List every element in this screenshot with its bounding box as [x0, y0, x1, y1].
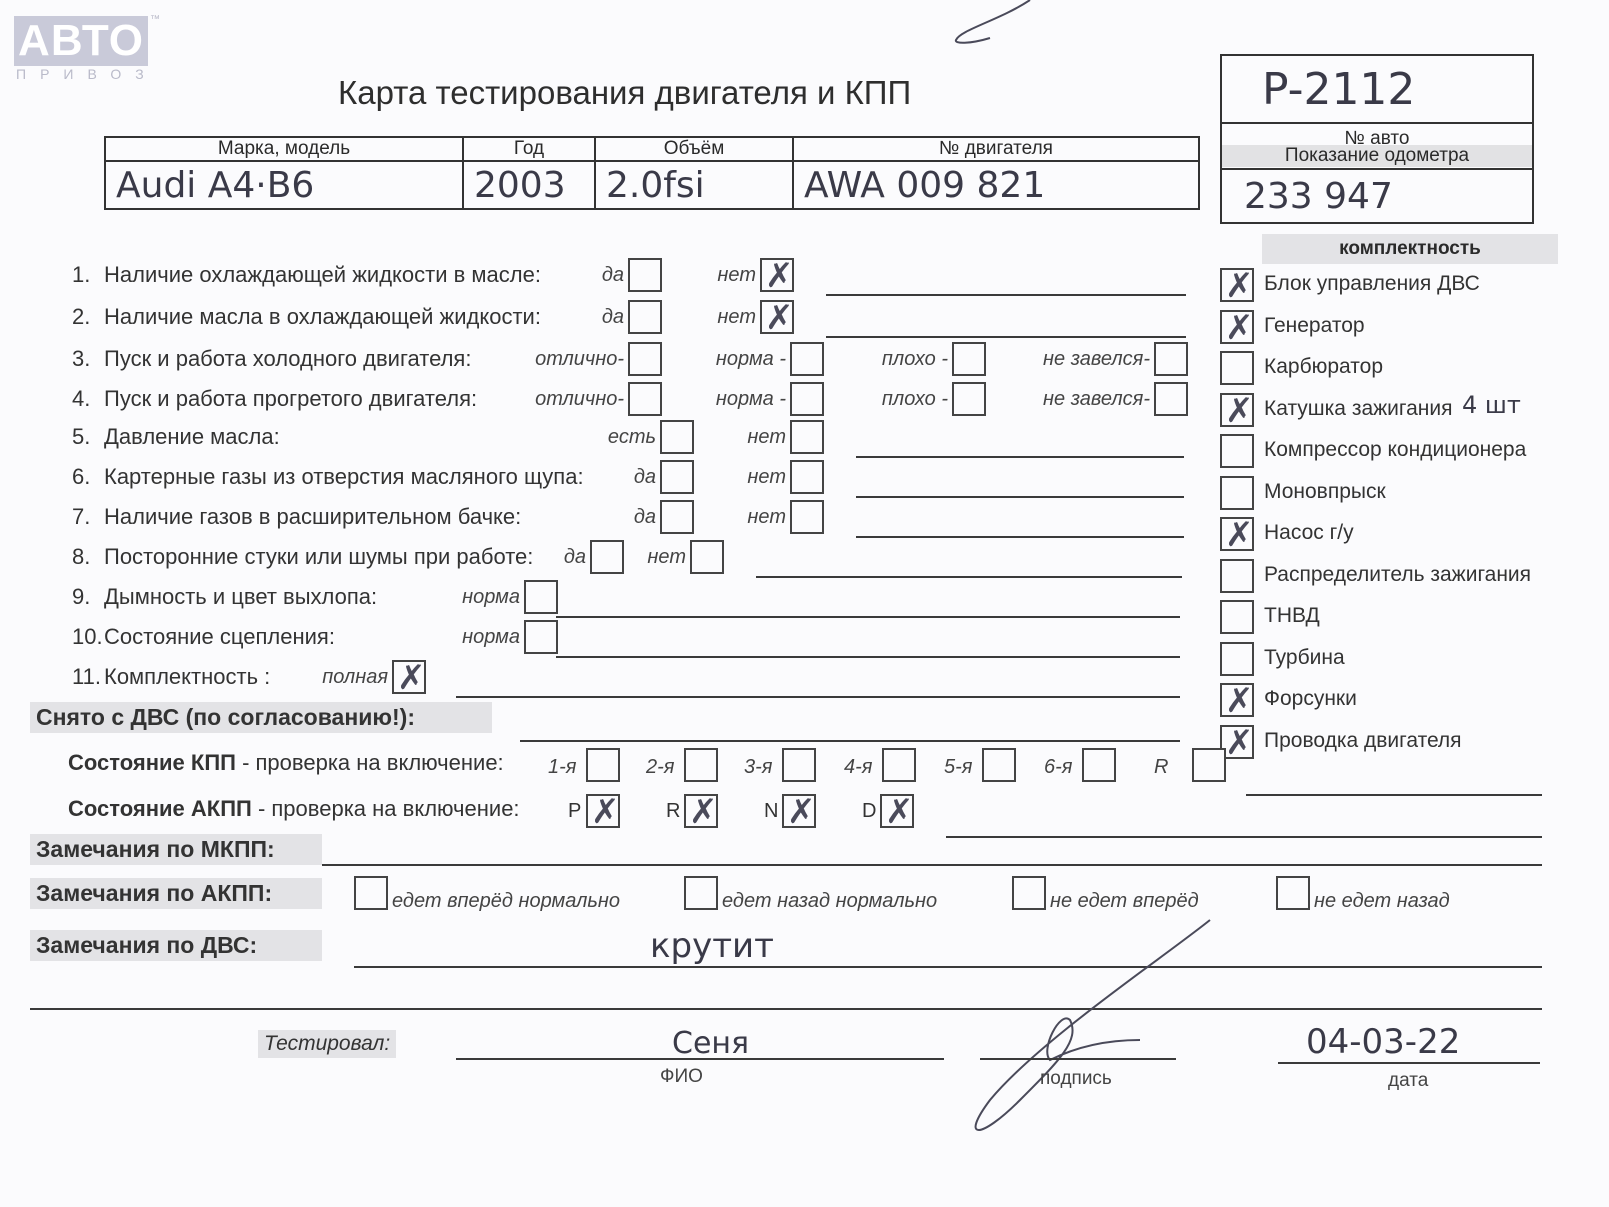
checkbox-незавелся[interactable] [1154, 382, 1188, 416]
notes-line[interactable] [826, 336, 1186, 338]
gear-label: 6-я [1044, 756, 1072, 779]
mode-label: D [862, 800, 876, 823]
komplekt-checkbox[interactable] [1220, 351, 1254, 385]
notes-line[interactable] [556, 616, 1180, 618]
option-label: да [540, 546, 586, 569]
dvs-remarks-label: Замечания по ДВС: [30, 930, 322, 961]
komplekt-checkbox[interactable] [1220, 559, 1254, 593]
col-make-model: Марка, модель [105, 137, 463, 161]
checkbox-нет[interactable] [790, 460, 824, 494]
checkbox-нет[interactable] [690, 540, 724, 574]
akpp-line[interactable] [946, 836, 1542, 838]
option-label: плохо - [860, 348, 948, 371]
pen-stroke-icon [950, 0, 1040, 44]
check-number: 3. [72, 346, 90, 372]
komplekt-item-label: Моновпрыск [1264, 480, 1386, 504]
logo-subtitle: ПРИВОЗ [16, 66, 158, 82]
check-number: 9. [72, 584, 90, 610]
check-number: 11. [72, 664, 101, 690]
notes-line[interactable] [856, 536, 1184, 538]
check-number: 6. [72, 464, 90, 490]
option-label: нет [720, 506, 786, 529]
check-number: 1. [72, 262, 90, 288]
komplekt-item-label: Турбина [1264, 646, 1345, 670]
signature-caption: подпись [1040, 1068, 1112, 1090]
akpp-remark-label: не едет назад [1314, 890, 1450, 913]
gear-label: 4-я [844, 756, 872, 779]
mode-label: R [666, 800, 680, 823]
dvs-remarks-value[interactable]: крутит [650, 926, 774, 966]
option-label: норма [430, 586, 520, 609]
gear-label: 3-я [744, 756, 772, 779]
check-question: Комплектность : [104, 664, 270, 690]
check-number: 7. [72, 504, 90, 530]
kpp-label: Состояние КПП - проверка на включение: [68, 750, 504, 776]
date-line [1278, 1062, 1540, 1064]
komplekt-checkbox[interactable] [1220, 476, 1254, 510]
check-question: Дымность и цвет выхлопа: [104, 584, 377, 610]
option-label: да [590, 306, 624, 329]
check-number: 2. [72, 304, 90, 330]
option-label: плохо - [860, 388, 948, 411]
gear-checkbox[interactable] [882, 748, 916, 782]
komplekt-item-label: Блок управления ДВС [1264, 272, 1480, 296]
signature-line[interactable] [980, 1058, 1176, 1060]
gear-label: R [1154, 756, 1168, 779]
mkpp-remarks-line[interactable] [322, 864, 1542, 866]
check-number: 4. [72, 386, 90, 412]
year-value[interactable]: 2003 [463, 161, 595, 209]
komplekt-checkbox[interactable] [1220, 434, 1254, 468]
check-question: Давление масла: [104, 424, 280, 450]
gear-checkbox[interactable] [1082, 748, 1116, 782]
akpp-remark-checkbox[interactable] [684, 876, 718, 910]
option-label: да [580, 466, 656, 489]
checkbox-полная[interactable] [392, 660, 426, 694]
komplekt-checkbox[interactable] [1220, 600, 1254, 634]
mode-checkbox[interactable] [684, 794, 718, 828]
checkbox-да[interactable] [628, 300, 662, 334]
check-number: 8. [72, 544, 90, 570]
gear-checkbox[interactable] [982, 748, 1016, 782]
gear-checkbox[interactable] [782, 748, 816, 782]
name-caption: ФИО [660, 1066, 703, 1088]
notes-line[interactable] [456, 696, 1180, 698]
akpp-remark-label: едет вперёд нормально [392, 890, 620, 913]
gear-checkbox[interactable] [1192, 748, 1226, 782]
mode-label: N [764, 800, 778, 823]
option-label: норма - [680, 348, 786, 371]
tested-by-label: Тестировал: [258, 1030, 396, 1058]
check-question: Посторонние стуки или шумы при работе: [104, 544, 533, 570]
odometer-label: Показание одометра [1220, 145, 1534, 167]
check-question: Картерные газы из отверстия масляного щу… [104, 464, 584, 490]
mkpp-remarks-label: Замечания по МКПП: [30, 834, 322, 865]
akpp-remark-checkbox[interactable] [1276, 876, 1310, 910]
option-label: норма [430, 626, 520, 649]
gear-checkbox[interactable] [684, 748, 718, 782]
gear-label: 5-я [944, 756, 972, 779]
komplekt-item-label: Насос г/у [1264, 521, 1354, 545]
checkbox-нет[interactable] [760, 300, 794, 334]
checkbox-незавелся[interactable] [1154, 342, 1188, 376]
option-label: не завелся- [1010, 348, 1150, 371]
komplekt-checkbox[interactable] [1220, 268, 1254, 302]
gear-label: 1-я [548, 756, 576, 779]
kpp-line[interactable] [1246, 794, 1542, 796]
tester-name-value[interactable]: Сеня [672, 1026, 749, 1061]
removed-line[interactable] [520, 740, 1180, 742]
komplekt-item-note[interactable]: 4 шт [1462, 391, 1521, 419]
col-volume: Объём [595, 137, 793, 161]
make-model-value[interactable]: Audi A4·B6 [105, 161, 463, 209]
checkbox-норма[interactable] [790, 342, 824, 376]
removed-label: Снято с ДВС (по согласованию!): [30, 702, 492, 733]
check-question: Состояние сцепления: [104, 624, 335, 650]
akpp-remark-label: едет назад нормально [722, 890, 937, 913]
checkbox-есть[interactable] [660, 420, 694, 454]
gear-label: 2-я [646, 756, 674, 779]
komplekt-item-label: Карбюратор [1264, 355, 1383, 379]
mode-checkbox[interactable] [586, 794, 620, 828]
check-question: Наличие масла в охлаждающей жидкости: [104, 304, 541, 330]
option-label: нет [700, 306, 756, 329]
komplekt-item-label: Катушка зажигания [1264, 397, 1452, 421]
extra-remarks-line[interactable] [30, 1008, 1542, 1010]
komplekt-item-label: Форсунки [1264, 687, 1357, 711]
checkbox-норма[interactable] [524, 620, 558, 654]
mode-checkbox[interactable] [880, 794, 914, 828]
engine-number-value[interactable]: AWA 009 821 [793, 161, 1199, 209]
checkbox-отлично[interactable] [628, 382, 662, 416]
vehicle-info-table: Марка, модель Год Объём № двигателя Audi… [104, 136, 1200, 210]
checkbox-да[interactable] [628, 258, 662, 292]
option-label: не завелся- [1010, 388, 1150, 411]
notes-line[interactable] [826, 294, 1186, 296]
notes-line[interactable] [556, 656, 1180, 658]
checkbox-плохо[interactable] [952, 382, 986, 416]
checkbox-норма[interactable] [790, 382, 824, 416]
mode-checkbox[interactable] [782, 794, 816, 828]
notes-line[interactable] [856, 456, 1184, 458]
akpp-label: Состояние АКПП - проверка на включение: [68, 796, 520, 822]
check-question: Пуск и работа холодного двигателя: [104, 346, 471, 372]
checkbox-да[interactable] [660, 500, 694, 534]
option-label: полная [290, 666, 388, 689]
komplekt-checkbox[interactable] [1220, 310, 1254, 344]
option-label: да [580, 506, 656, 529]
komplekt-item-label: Проводка двигателя [1264, 729, 1462, 753]
option-label: норма - [680, 388, 786, 411]
komplekt-checkbox[interactable] [1220, 393, 1254, 427]
check-number: 5. [72, 424, 90, 450]
check-question: Наличие охлаждающей жидкости в масле: [104, 262, 541, 288]
akpp-remark-checkbox[interactable] [354, 876, 388, 910]
notes-line[interactable] [856, 496, 1184, 498]
name-line [456, 1058, 944, 1060]
mode-label: P [568, 800, 581, 823]
komplektnost-heading: комплектность [1262, 234, 1558, 264]
date-value[interactable]: 04-03-22 [1306, 1022, 1460, 1062]
dvs-remarks-line[interactable] [354, 966, 1542, 968]
komplekt-item-label: ТНВД [1264, 604, 1320, 628]
komplekt-checkbox[interactable] [1220, 642, 1254, 676]
gear-checkbox[interactable] [586, 748, 620, 782]
komplekt-item-label: Компрессор кондиционера [1264, 438, 1526, 462]
komplekt-item-label: Генератор [1264, 314, 1365, 338]
checkbox-нет[interactable] [790, 500, 824, 534]
option-label: отлично- [500, 388, 624, 411]
check-question: Наличие газов в расширительном бачке: [104, 504, 521, 530]
checkbox-норма[interactable] [524, 580, 558, 614]
notes-line[interactable] [756, 576, 1182, 578]
checkbox-нет[interactable] [760, 258, 794, 292]
option-label: нет [720, 426, 786, 449]
odometer-value: 233 947 [1244, 176, 1393, 217]
check-number: 10. [72, 624, 103, 650]
auto-number-value[interactable]: P-2112 [1262, 64, 1415, 115]
checkbox-нет[interactable] [790, 420, 824, 454]
option-label: есть [580, 426, 656, 449]
page-title: Карта тестирования двигателя и КПП [338, 74, 911, 112]
komplekt-checkbox[interactable] [1220, 517, 1254, 551]
check-question: Пуск и работа прогретого двигателя: [104, 386, 477, 412]
checkbox-отлично[interactable] [628, 342, 662, 376]
option-label: нет [720, 466, 786, 489]
volume-value[interactable]: 2.0fsi [595, 161, 793, 209]
komplekt-item-label: Распределитель зажигания [1264, 563, 1531, 587]
col-year: Год [463, 137, 595, 161]
col-engine-number: № двигателя [793, 137, 1199, 161]
date-caption: дата [1388, 1070, 1428, 1092]
logo: АВТО [14, 16, 148, 66]
komplekt-checkbox[interactable] [1220, 683, 1254, 717]
signature-icon [960, 900, 1220, 1140]
option-label: нет [700, 264, 756, 287]
odometer-field[interactable]: 233 947 [1220, 168, 1534, 224]
option-label: нет [626, 546, 686, 569]
checkbox-плохо[interactable] [952, 342, 986, 376]
trademark: ™ [150, 14, 160, 25]
option-label: да [590, 264, 624, 287]
option-label: отлично- [500, 348, 624, 371]
checkbox-да[interactable] [590, 540, 624, 574]
checkbox-да[interactable] [660, 460, 694, 494]
akpp-remarks-label: Замечания по АКПП: [30, 878, 322, 909]
